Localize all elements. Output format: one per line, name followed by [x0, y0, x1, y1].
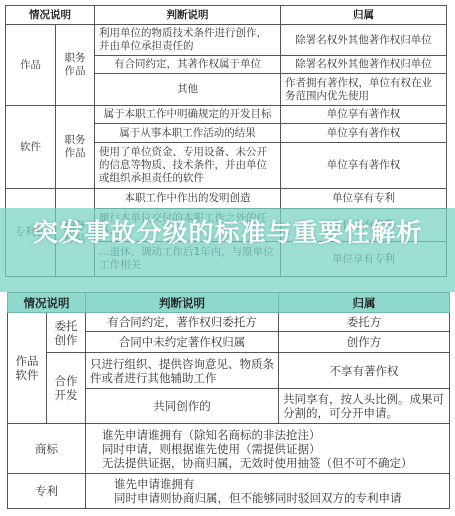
ownership-cell: 创作方 — [279, 332, 450, 353]
category-cell: 作品 — [6, 25, 56, 106]
ownership-cell: 委托方 — [279, 313, 450, 332]
judgment-cell: 有合同约定，著作权归委托方 — [86, 313, 279, 332]
trademark-label: 商标 — [8, 424, 86, 474]
header-judgment: 判断说明 — [95, 6, 281, 25]
trademark-rule: 无法提供证据，协商归属，无效时使用抽签（但不可不确定） — [102, 456, 445, 470]
judgment-cell: 使用了单位资金、专用设备、未公开的信息等物质、技术条件，并由单位或组织承担责任的… — [95, 143, 281, 189]
ownership-cell: 除署名权外其他著作权归单位 — [281, 25, 447, 56]
ownership-cell: 共同享有，按人头比例。成果可分割的，可分开申请。 — [279, 389, 450, 424]
subcategory-cell: 委托创作 — [47, 313, 86, 353]
ownership-cell: 作者拥有著作权，单位有权在业务范围内优先使用 — [281, 74, 447, 106]
category-cell: 作品软件 — [8, 313, 47, 424]
header-situation: 情况说明 — [8, 293, 86, 313]
patent-rule: 谁先申请谁拥有 — [114, 477, 445, 491]
table-row: 作品软件 委托创作 有合同约定，著作权归委托方 委托方 — [8, 313, 450, 332]
ownership-cell: 除署名权外其他著作权归单位 — [281, 56, 447, 74]
table-row: 软件 职务作品 属于本职工作中明确规定的开发目标 单位享有著作权 — [6, 106, 447, 124]
judgment-cell: 利用单位的物质技术条件进行创作，并由单位承担责任的 — [95, 25, 281, 56]
ownership-cell: 单位享有著作权 — [281, 143, 447, 189]
judgment-cell: 其他 — [95, 74, 281, 106]
judgment-cell: 只进行组织、提供咨询意见、物质条件或者进行其他辅助工作 — [86, 353, 279, 389]
judgment-cell: 本职工作中作出的发明创造 — [95, 189, 281, 209]
table-row: 合作开发 只进行组织、提供咨询意见、物质条件或者进行其他辅助工作 不享有著作权 — [8, 353, 450, 389]
header-situation: 情况说明 — [6, 6, 95, 25]
subcategory-cell: 合作开发 — [47, 353, 86, 424]
judgment-cell: 有合同约定，其著作权属于单位 — [95, 56, 281, 74]
judgment-cell: 属于本职工作中明确规定的开发目标 — [95, 106, 281, 124]
patent-label: 专利 — [8, 474, 86, 509]
ownership-cell: 单位享有著作权 — [281, 124, 447, 143]
header-judgment: 判断说明 — [86, 293, 279, 313]
judgment-cell: 合同中未约定著作权归属 — [86, 332, 279, 353]
trademark-rule: 谁先申请谁拥有（除知名商标的非法抢注） — [102, 428, 445, 442]
ownership-cell: 不享有著作权 — [279, 353, 450, 389]
table-row: 作品 职务作品 利用单位的物质技术条件进行创作，并由单位承担责任的 除署名权外其… — [6, 25, 447, 56]
subcategory-cell: 职务作品 — [56, 25, 95, 106]
category-cell: 软件 — [6, 106, 56, 189]
trademark-rules: 谁先申请谁拥有（除知名商标的非法抢注） 同时申请，则根据谁先使用（需提供证据） … — [86, 424, 450, 474]
patent-rules: 谁先申请谁拥有 同时申请则协商归属，但不能够同时驳回双方的专利申请 — [86, 474, 450, 509]
subcategory-cell: 职务作品 — [56, 106, 95, 189]
table-row-trademark: 商标 谁先申请谁拥有（除知名商标的非法抢注） 同时申请，则根据谁先使用（需提供证… — [8, 424, 450, 474]
table-row: 专利权 职务作品 本职工作中作出的发明创造 单位享有专利 — [6, 189, 447, 209]
header-ownership: 归属 — [281, 6, 447, 25]
judgment-cell: 属于从事本职工作活动的结果 — [95, 124, 281, 143]
judgment-cell: 共同创作的 — [86, 389, 279, 424]
table-row-patent: 专利 谁先申请谁拥有 同时申请则协商归属，但不能够同时驳回双方的专利申请 — [8, 474, 450, 509]
trademark-rule: 同时申请，则根据谁先使用（需提供证据） — [102, 442, 445, 456]
ownership-table-commission: 情况说明 判断说明 归属 作品软件 委托创作 有合同约定，著作权归委托方 委托方… — [7, 292, 450, 509]
header-ownership: 归属 — [279, 293, 450, 313]
ownership-cell: 单位享有专利 — [281, 189, 447, 209]
banner-title: 突发事故分级的标准与重要性解析 — [20, 216, 435, 250]
patent-rule: 同时申请则协商归属，但不能够同时驳回双方的专利申请 — [114, 491, 445, 505]
ownership-cell: 单位享有著作权 — [281, 106, 447, 124]
